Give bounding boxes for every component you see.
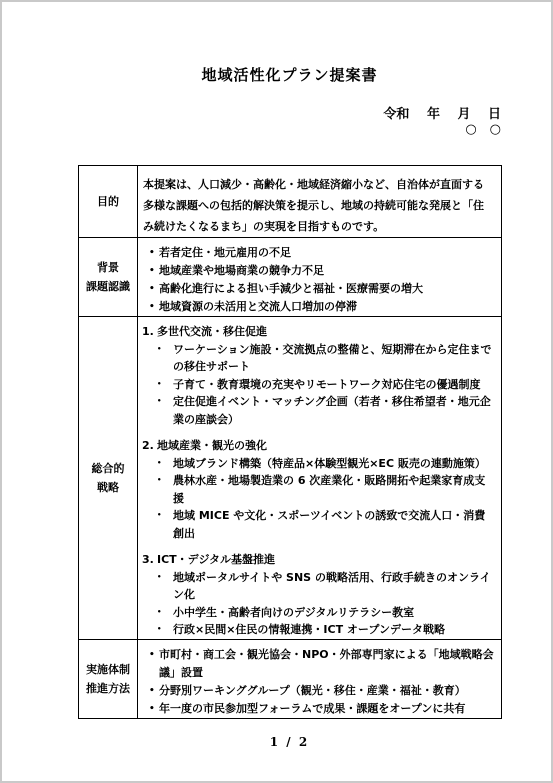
list-item: • 地域 MICE や文化・スポーツイベントの誘致で交流人口・消費創出 <box>157 507 495 542</box>
bullet-text: 地域 MICE や文化・スポーツイベントの誘致で交流人口・消費創出 <box>173 507 495 542</box>
bullet-text: 若者定住・地元雇用の不足 <box>159 244 495 262</box>
bullet-text: 分野別ワーキンググループ（観光・移住・産業・福祉・教育） <box>159 682 495 700</box>
list-item: • 小中学生・高齢者向けのデジタルリテラシー教室 <box>157 604 495 622</box>
strategy-section-3: 3. ICT・デジタル基盤推進 • 地域ポータルサイトや SNS の戦略活用、行… <box>138 551 501 639</box>
bullet-text: 農林水産・地場製造業の 6 次産業化・販路開拓や起業家育成支援 <box>173 472 495 507</box>
list-item: • 子育て・教育環境の充実やリモートワーク対応住宅の優遇制度 <box>157 376 495 394</box>
section-title: ICT・デジタル基盤推進 <box>157 551 275 569</box>
row-header-text: 推進方法 <box>79 679 137 698</box>
bullet-text: 市町村・商工会・観光協会・NPO・外部専門家による「地域戦略会議」設置 <box>159 646 495 682</box>
bullet-icon: • <box>157 455 173 473</box>
bullet-text: 年一度の市民参加型フォーラムで成果・課題をオープンに共有 <box>159 700 495 718</box>
bullet-icon: • <box>149 700 159 718</box>
section-heading: 2. 地域産業・観光の強化 <box>138 437 501 455</box>
bullet-icon: • <box>157 604 173 622</box>
row-header-strategy: 総合的 戦略 <box>79 317 138 640</box>
section-number: 3. <box>142 551 157 569</box>
implementation-bullet-list: • 市町村・商工会・観光協会・NPO・外部専門家による「地域戦略会議」設置 • … <box>138 646 501 718</box>
strategy-section-2: 2. 地域産業・観光の強化 • 地域ブランド構築（特産品×体験型観光×EC 販売… <box>138 437 501 542</box>
section-title: 地域産業・観光の強化 <box>157 437 267 455</box>
bullet-text: 定住促進イベント・マッチング企画（若者・移住希望者・地元企業の座談会） <box>173 393 495 428</box>
page-number: 1 / 2 <box>78 735 501 749</box>
bullet-icon: • <box>157 621 173 639</box>
strategy-numbered-list: 1. 多世代交流・移住促進 • ワーケーション施設・交流拠点の整備と、短期滞在か… <box>138 323 501 639</box>
section-number: 2. <box>142 437 157 455</box>
list-item: • 若者定住・地元雇用の不足 <box>149 244 495 262</box>
bullet-text: 行政×民間×住民の情報連携・ICT オープンデータ戦略 <box>173 621 495 639</box>
list-item: • 分野別ワーキンググループ（観光・移住・産業・福祉・教育） <box>149 682 495 700</box>
bullet-text: ワーケーション施設・交流拠点の整備と、短期滞在から定住までの移住サポート <box>173 341 495 376</box>
bullet-text: 地域資源の未活用と交流人口増加の停滞 <box>159 298 495 316</box>
bullet-icon: • <box>149 280 159 298</box>
row-header-text: 目的 <box>79 192 137 211</box>
row-header-text: 総合的 <box>79 459 137 478</box>
bullet-text: 子育て・教育環境の充実やリモートワーク対応住宅の優遇制度 <box>173 376 495 394</box>
bullet-icon: • <box>149 244 159 262</box>
purpose-cell: 本提案は、人口減少・高齢化・地域経済縮小など、自治体が直面する多様な課題への包括… <box>138 166 502 238</box>
bullet-icon: • <box>157 376 173 394</box>
strategy-section-1: 1. 多世代交流・移住促進 • ワーケーション施設・交流拠点の整備と、短期滞在か… <box>138 323 501 428</box>
implementation-cell: • 市町村・商工会・観光協会・NPO・外部専門家による「地域戦略会議」設置 • … <box>138 639 502 718</box>
document-title: 地域活性化プラン提案書 <box>78 64 501 86</box>
bullet-icon: • <box>149 262 159 280</box>
bullet-text: 高齢化進行による担い手減少と福祉・医療需要の増大 <box>159 280 495 298</box>
table-row-purpose: 目的 本提案は、人口減少・高齢化・地域経済縮小など、自治体が直面する多様な課題へ… <box>79 166 502 238</box>
bullet-icon: • <box>157 341 173 376</box>
purpose-paragraph: 本提案は、人口減少・高齢化・地域経済縮小など、自治体が直面する多様な課題への包括… <box>143 174 493 237</box>
bullet-text: 地域産業や地場商業の競争力不足 <box>159 262 495 280</box>
table-row-strategy: 総合的 戦略 1. 多世代交流・移住促進 • <box>79 317 502 640</box>
list-item: • ワーケーション施設・交流拠点の整備と、短期滞在から定住までの移住サポート <box>157 341 495 376</box>
list-item: • 高齢化進行による担い手減少と福祉・医療需要の増大 <box>149 280 495 298</box>
list-item: • 年一度の市民参加型フォーラムで成果・課題をオープンに共有 <box>149 700 495 718</box>
bullet-icon: • <box>157 393 173 428</box>
bullet-icon: • <box>157 472 173 507</box>
background-bullet-list: • 若者定住・地元雇用の不足 • 地域産業や地場商業の競争力不足 • 高齢化進行… <box>138 244 501 316</box>
list-item: • 農林水産・地場製造業の 6 次産業化・販路開拓や起業家育成支援 <box>157 472 495 507</box>
list-item: • 定住促進イベント・マッチング企画（若者・移住希望者・地元企業の座談会） <box>157 393 495 428</box>
row-header-text: 戦略 <box>79 478 137 497</box>
bullet-icon: • <box>149 682 159 700</box>
list-item: • 市町村・商工会・観光協会・NPO・外部専門家による「地域戦略会議」設置 <box>149 646 495 682</box>
list-item: • 地域ポータルサイトや SNS の戦略活用、行政手続きのオンライン化 <box>157 569 495 604</box>
bullet-icon: • <box>157 569 173 604</box>
bullet-icon: • <box>149 298 159 316</box>
table-row-implementation: 実施体制 推進方法 • 市町村・商工会・観光協会・NPO・外部専門家による「地域… <box>79 639 502 718</box>
row-header-background: 背景 課題認識 <box>79 238 138 317</box>
document-page: 地域活性化プラン提案書 令和 年 月 日 ○ ○ 目的 本提案は、人口減少・高齢… <box>0 0 553 783</box>
bullet-icon: • <box>157 507 173 542</box>
proposal-table: 目的 本提案は、人口減少・高齢化・地域経済縮小など、自治体が直面する多様な課題へ… <box>78 165 502 719</box>
row-header-text: 背景 <box>79 258 137 277</box>
section-number: 1. <box>142 323 157 341</box>
section-title: 多世代交流・移住促進 <box>157 323 267 341</box>
bullet-text: 地域ポータルサイトや SNS の戦略活用、行政手続きのオンライン化 <box>173 569 495 604</box>
list-item: • 地域資源の未活用と交流人口増加の停滞 <box>149 298 495 316</box>
author-placeholder: ○ ○ <box>78 122 501 137</box>
row-header-implementation: 実施体制 推進方法 <box>79 639 138 718</box>
row-header-text: 実施体制 <box>79 660 137 679</box>
document-content: 地域活性化プラン提案書 令和 年 月 日 ○ ○ 目的 本提案は、人口減少・高齢… <box>78 64 501 749</box>
row-header-purpose: 目的 <box>79 166 138 238</box>
list-item: • 行政×民間×住民の情報連携・ICT オープンデータ戦略 <box>157 621 495 639</box>
bullet-text: 地域ブランド構築（特産品×体験型観光×EC 販売の連動施策） <box>173 455 495 473</box>
section-heading: 3. ICT・デジタル基盤推進 <box>138 551 501 569</box>
strategy-cell: 1. 多世代交流・移住促進 • ワーケーション施設・交流拠点の整備と、短期滞在か… <box>138 317 502 640</box>
bullet-text: 小中学生・高齢者向けのデジタルリテラシー教室 <box>173 604 495 622</box>
row-header-text: 課題認識 <box>79 277 137 296</box>
list-item: • 地域ブランド構築（特産品×体験型観光×EC 販売の連動施策） <box>157 455 495 473</box>
list-item: • 地域産業や地場商業の競争力不足 <box>149 262 495 280</box>
section-heading: 1. 多世代交流・移住促進 <box>138 323 501 341</box>
table-row-background: 背景 課題認識 • 若者定住・地元雇用の不足 • 地域産業や地場商業の競争力不足 <box>79 238 502 317</box>
background-cell: • 若者定住・地元雇用の不足 • 地域産業や地場商業の競争力不足 • 高齢化進行… <box>138 238 502 317</box>
date-line: 令和 年 月 日 <box>78 107 501 122</box>
bullet-icon: • <box>149 646 159 682</box>
